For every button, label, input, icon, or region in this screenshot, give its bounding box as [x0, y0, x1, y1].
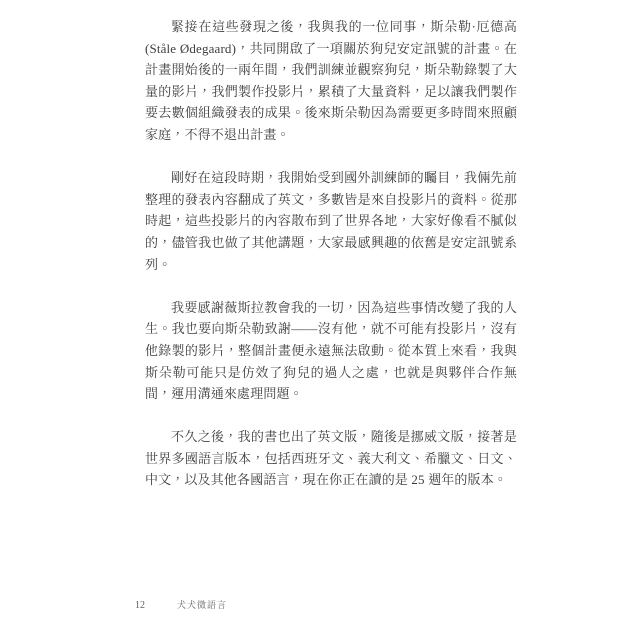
paragraph-3: 我要感謝薇斯拉教會我的一切，因為這些事情改變了我的人生。我也要向斯朵勒致謝——沒…	[145, 297, 517, 405]
page-number: 12	[135, 600, 145, 612]
body-text: 緊接在這些發現之後，我與我的一位同事，斯朵勒·厄德高(Ståle Ødegaar…	[145, 16, 517, 491]
paragraph-1: 緊接在這些發現之後，我與我的一位同事，斯朵勒·厄德高(Ståle Ødegaar…	[145, 16, 517, 146]
paragraph-2: 剛好在這段時期，我開始受到國外訓練師的矚目，我倆先前整理的發表內容翻成了英文，多…	[145, 167, 517, 275]
paragraph-4: 不久之後，我的書也出了英文版，隨後是挪威文版，接著是世界多國語言版本，包括西班牙…	[145, 426, 517, 491]
page-footer: 12 犬犬微語言	[135, 599, 227, 612]
book-page: 緊接在這些發現之後，我與我的一位同事，斯朵勒·厄德高(Ståle Ødegaar…	[0, 0, 640, 640]
book-title: 犬犬微語言	[177, 599, 227, 611]
